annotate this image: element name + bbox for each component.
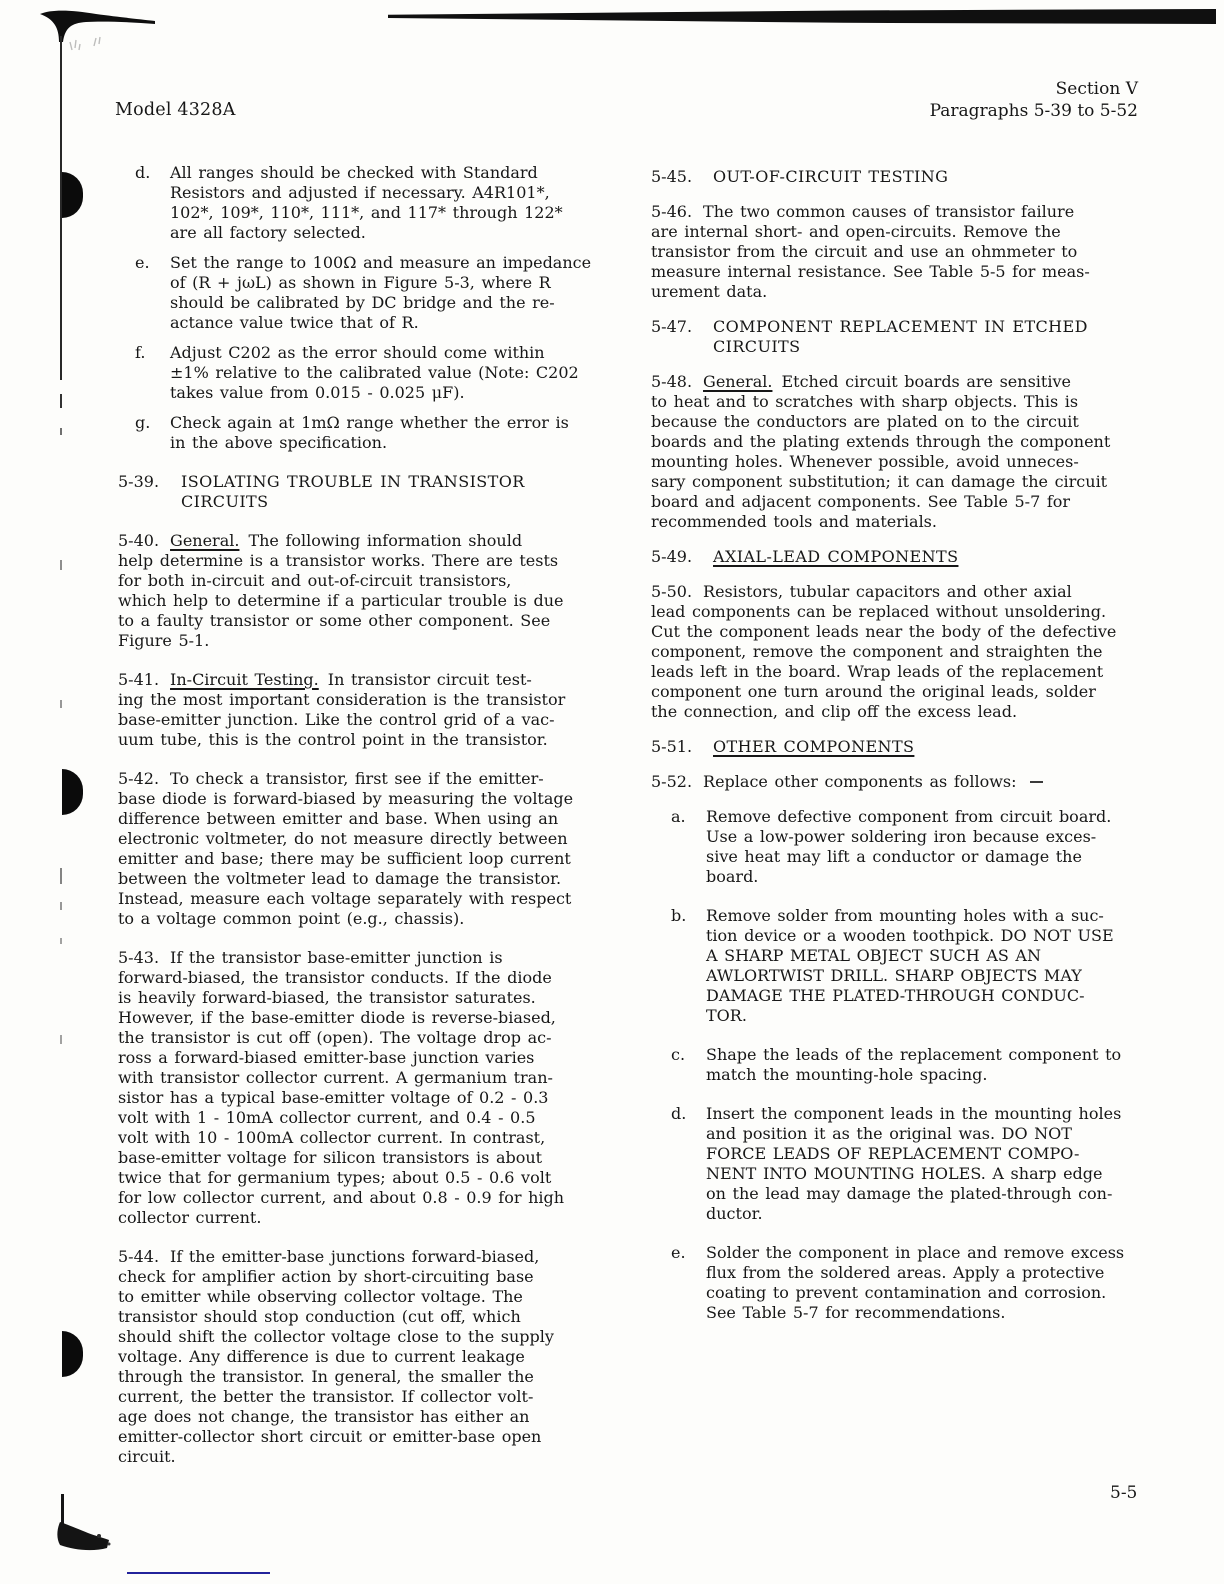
paragraph-5-48: 5-48.General.Etched circuit boards are s…	[651, 372, 1143, 532]
paragraph-5-50: 5-50.Resistors, tubular capacitors and o…	[651, 582, 1143, 722]
paragraph-text: Etched circuit boards are sensitive to h…	[651, 372, 1110, 531]
list-item-text: Remove defective component from circuit …	[706, 807, 1143, 887]
scan-left-line-dash	[60, 902, 62, 910]
heading-text: ISOLATING TROUBLE IN TRANSISTOR CIRCUITS	[181, 472, 525, 512]
page-number: 5-5	[1110, 1483, 1137, 1503]
paragraph-number: 5-44.	[118, 1247, 159, 1266]
scan-pencil-scribble-artifact	[66, 34, 116, 62]
paragraph-number: 5-46.	[651, 202, 692, 221]
model-label: Model 4328A	[115, 100, 236, 120]
list-item-text: All ranges should be checked with Standa…	[170, 163, 610, 243]
paragraph-number: 5-40.	[118, 531, 159, 550]
list-item-e: e.Set the range to 100Ω and measure an i…	[118, 253, 610, 333]
paragraph-number: 5-41.	[118, 670, 159, 689]
scan-top-bar-artifact	[388, 9, 1216, 24]
paragraph-text: If the transistor base-emitter junction …	[118, 948, 564, 1227]
paragraph-number: 5-52.	[651, 772, 692, 791]
paragraph-5-41: 5-41.In-Circuit Testing.In transistor ci…	[118, 670, 610, 750]
list-item-text: Shape the leads of the replacement compo…	[706, 1045, 1143, 1085]
paragraph-5-43: 5-43.If the transistor base-emitter junc…	[118, 948, 610, 1228]
paragraph-5-40: 5-40.General.The following information s…	[118, 531, 610, 651]
heading-5-47: 5-47.COMPONENT REPLACEMENT IN ETCHED CIR…	[651, 317, 1143, 357]
list-item-a: a.Remove defective component from circui…	[651, 807, 1143, 887]
section-label: Section V	[930, 78, 1138, 100]
paragraph-number: 5-43.	[118, 948, 159, 967]
heading-text: AXIAL-LEAD COMPONENTS	[713, 547, 958, 567]
paragraph-range-label: Paragraphs 5-39 to 5-52	[930, 100, 1138, 122]
paragraph-number: 5-50.	[651, 582, 692, 601]
heading-text: OUT-OF-CIRCUIT TESTING	[713, 167, 948, 187]
paragraph-number: 5-42.	[118, 769, 159, 788]
list-item-text: Adjust C202 as the error should come wit…	[170, 343, 610, 403]
paragraph-5-52: 5-52.Replace other components as follows…	[651, 772, 1143, 792]
scan-left-line-dash	[60, 700, 62, 708]
paragraph-5-42: 5-42.To check a transistor, first see if…	[118, 769, 610, 929]
binder-hole-mark	[62, 172, 83, 218]
scan-left-line-dash	[60, 1035, 62, 1044]
paragraph-number: 5-45.	[651, 167, 713, 187]
paragraph-number: 5-39.	[118, 472, 181, 512]
paragraph-text: Replace other components as follows:	[703, 772, 1017, 791]
scan-left-line-dash	[60, 394, 62, 408]
list-item-e2: e.Solder the component in place and remo…	[651, 1243, 1143, 1323]
paragraph-number: 5-47.	[651, 317, 713, 357]
list-letter: g.	[135, 413, 170, 453]
header-right: Section V Paragraphs 5-39 to 5-52	[930, 78, 1138, 122]
scan-ink-blob-artifact	[52, 1492, 114, 1562]
paragraph-lead: General.	[703, 372, 772, 391]
list-item-d: d.All ranges should be checked with Stan…	[118, 163, 610, 243]
paragraph-number: 5-49.	[651, 547, 713, 567]
list-letter: d.	[135, 163, 170, 243]
list-item-text: Insert the component leads in the mounti…	[706, 1104, 1143, 1224]
list-item-text: Remove solder from mounting holes with a…	[706, 906, 1143, 1026]
binder-hole-mark	[62, 1331, 83, 1377]
heading-text: COMPONENT REPLACEMENT IN ETCHED CIRCUITS	[713, 317, 1088, 357]
paragraph-lead: In-Circuit Testing.	[170, 670, 319, 689]
paragraph-text: Resistors, tubular capacitors and other …	[651, 582, 1116, 721]
list-item-f: f.Adjust C202 as the error should come w…	[118, 343, 610, 403]
paragraph-5-46: 5-46.The two common causes of transistor…	[651, 202, 1143, 302]
list-letter: a.	[671, 807, 706, 887]
list-letter: f.	[135, 343, 170, 403]
list-item-g: g.Check again at 1mΩ range whether the e…	[118, 413, 610, 453]
heading-text: OTHER COMPONENTS	[713, 737, 914, 757]
list-letter: b.	[671, 906, 706, 1026]
scanned-manual-page: Model 4328A Section V Paragraphs 5-39 to…	[0, 0, 1224, 1584]
paragraph-lead: General.	[170, 531, 239, 550]
paragraph-text: If the emitter-base junctions forward-bi…	[118, 1247, 554, 1466]
scan-left-line-dash	[60, 428, 62, 435]
list-letter: c.	[671, 1045, 706, 1085]
heading-5-51: 5-51.OTHER COMPONENTS	[651, 737, 1143, 757]
scan-left-line-dash	[60, 560, 62, 570]
right-column: 5-45.OUT-OF-CIRCUIT TESTING 5-46.The two…	[651, 167, 1143, 1323]
left-column: d.All ranges should be checked with Stan…	[118, 163, 610, 1467]
paragraph-text: The two common causes of transistor fail…	[651, 202, 1090, 301]
list-item-text: Solder the component in place and remove…	[706, 1243, 1143, 1323]
heading-5-45: 5-45.OUT-OF-CIRCUIT TESTING	[651, 167, 1143, 187]
list-letter: e.	[135, 253, 170, 333]
paragraph-number: 5-51.	[651, 737, 713, 757]
list-item-text: Check again at 1mΩ range whether the err…	[170, 413, 610, 453]
scan-left-line-dash	[60, 868, 62, 884]
heading-5-39: 5-39.ISOLATING TROUBLE IN TRANSISTOR CIR…	[118, 472, 610, 512]
list-item-d2: d.Insert the component leads in the moun…	[651, 1104, 1143, 1224]
list-letter: e.	[671, 1243, 706, 1323]
paragraph-text: To check a transistor, first see if the …	[118, 769, 573, 928]
list-item-c: c.Shape the leads of the replacement com…	[651, 1045, 1143, 1085]
scan-left-line-dash	[60, 938, 62, 944]
footer-blue-rule-artifact	[127, 1572, 270, 1574]
list-item-b: b.Remove solder from mounting holes with…	[651, 906, 1143, 1026]
paragraph-number: 5-48.	[651, 372, 692, 391]
binder-hole-mark	[62, 769, 83, 815]
list-letter: d.	[671, 1104, 706, 1224]
paragraph-5-44: 5-44.If the emitter-base junctions forwa…	[118, 1247, 610, 1467]
heading-5-49: 5-49.AXIAL-LEAD COMPONENTS	[651, 547, 1143, 567]
list-item-text: Set the range to 100Ω and measure an imp…	[170, 253, 610, 333]
